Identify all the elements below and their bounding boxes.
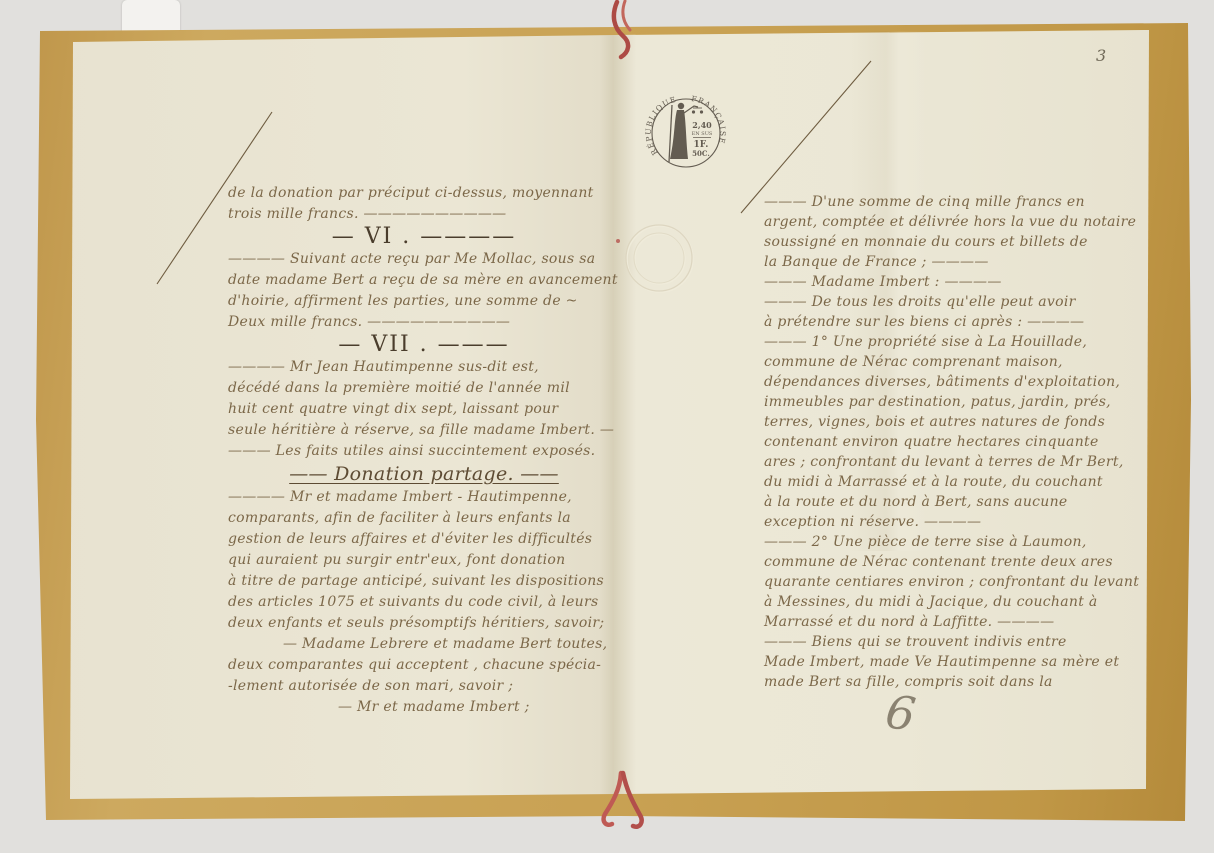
manuscript-line: immeubles par destination, patus, jardin… <box>764 392 1148 412</box>
left-page-text: de la donation par préciput ci-dessus, m… <box>228 183 620 718</box>
manuscript-line: décédé dans la première moitié de l'anné… <box>228 378 620 399</box>
manuscript-line: ——— Les faits utiles ainsi succintement … <box>228 441 620 462</box>
manuscript-line: Made Imbert, made Ve Hautimpenne sa mère… <box>764 652 1148 672</box>
manuscript-line: ares ; confrontant du levant à terres de… <box>764 452 1148 472</box>
manuscript-line: Deux mille francs. —————————— <box>228 312 620 333</box>
manuscript-line: ——— De tous les droits qu'elle peut avoi… <box>764 292 1148 312</box>
manuscript-line: —— Donation partage. —— <box>228 462 620 487</box>
manuscript-line: de la donation par préciput ci-dessus, m… <box>228 183 620 204</box>
manuscript-line: made Bert sa fille, compris soit dans la <box>764 672 1148 692</box>
manuscript-line: à prétendre sur les biens ci après : ———… <box>764 312 1148 332</box>
manuscript-line: à Messines, du midi à Jacique, du coucha… <box>764 592 1148 612</box>
manuscript-line: — VII . ——— <box>228 333 620 357</box>
manuscript-line: date madame Bert a reçu de sa mère en av… <box>228 270 620 291</box>
manuscript-line: -lement autorisée de son mari, savoir ; <box>228 676 620 697</box>
manuscript-line: ——— Biens qui se trouvent indivis entre <box>764 632 1148 652</box>
photo-scene: 3 de la donation par préciput ci-dessus,… <box>0 0 1214 853</box>
manuscript-line: ——— 2° Une pièce de terre sise à Laumon, <box>764 532 1148 552</box>
manuscript-line: trois mille francs. —————————— <box>228 204 620 225</box>
manuscript-line: quarante centiares environ ; confrontant… <box>764 572 1148 592</box>
manuscript-line: des articles 1075 et suivants du code ci… <box>228 592 620 613</box>
manuscript-line: ——— D'une somme de cinq mille francs en <box>764 192 1148 212</box>
manuscript-line: deux enfants et seuls présomptifs hériti… <box>228 613 620 634</box>
manuscript-line: ———— Suivant acte reçu par Me Mollac, so… <box>228 249 620 270</box>
manuscript-line: la Banque de France ; ———— <box>764 252 1148 272</box>
manuscript-line: gestion de leurs affaires et d'éviter le… <box>228 529 620 550</box>
right-page-text: ——— D'une somme de cinq mille francs ena… <box>764 192 1148 692</box>
manuscript-line: ——— 1° Une propriété sise à La Houillade… <box>764 332 1148 352</box>
manuscript-line: commune de Nérac contenant trente deux a… <box>764 552 1148 572</box>
manuscript-line: qui auraient pu surgir entr'eux, font do… <box>228 550 620 571</box>
manuscript-line: ———— Mr Jean Hautimpenne sus-dit est, <box>228 357 620 378</box>
manuscript-line: terres, vignes, bois et autres natures d… <box>764 412 1148 432</box>
manuscript-line: commune de Nérac comprenant maison, <box>764 352 1148 372</box>
manuscript-line: soussigné en monnaie du cours et billets… <box>764 232 1148 252</box>
manuscript-line: comparants, afin de faciliter à leurs en… <box>228 508 620 529</box>
page-number: 3 <box>1096 46 1106 65</box>
manuscript-line: d'hoirie, affirment les parties, une som… <box>228 291 620 312</box>
manuscript-line: Marrassé et du nord à Laffitte. ———— <box>764 612 1148 632</box>
manuscript-line: deux comparantes qui acceptent , chacune… <box>228 655 620 676</box>
manuscript-line: huit cent quatre vingt dix sept, laissan… <box>228 399 620 420</box>
manuscript-line: exception ni réserve. ———— <box>764 512 1148 532</box>
manuscript-line: ———— Mr et madame Imbert - Hautimpenne, <box>228 487 620 508</box>
manuscript-line: ——— Madame Imbert : ———— <box>764 272 1148 292</box>
manuscript-line: du midi à Marrassé et à la route, du cou… <box>764 472 1148 492</box>
manuscript-line: — Madame Lebrere et madame Bert toutes, <box>283 634 620 655</box>
manuscript-line: dépendances diverses, bâtiments d'exploi… <box>764 372 1148 392</box>
manuscript-line: — VI . ———— <box>228 225 620 249</box>
manuscript-line: — Mr et madame Imbert ; <box>338 697 620 718</box>
manuscript-line: argent, comptée et délivrée hors la vue … <box>764 212 1148 232</box>
manuscript-line: à la route et du nord à Bert, sans aucun… <box>764 492 1148 512</box>
manuscript-line: contenant environ quatre hectares cinqua… <box>764 432 1148 452</box>
manuscript-line: seule héritière à réserve, sa fille mada… <box>228 420 620 441</box>
manuscript-line: à titre de partage anticipé, suivant les… <box>228 571 620 592</box>
